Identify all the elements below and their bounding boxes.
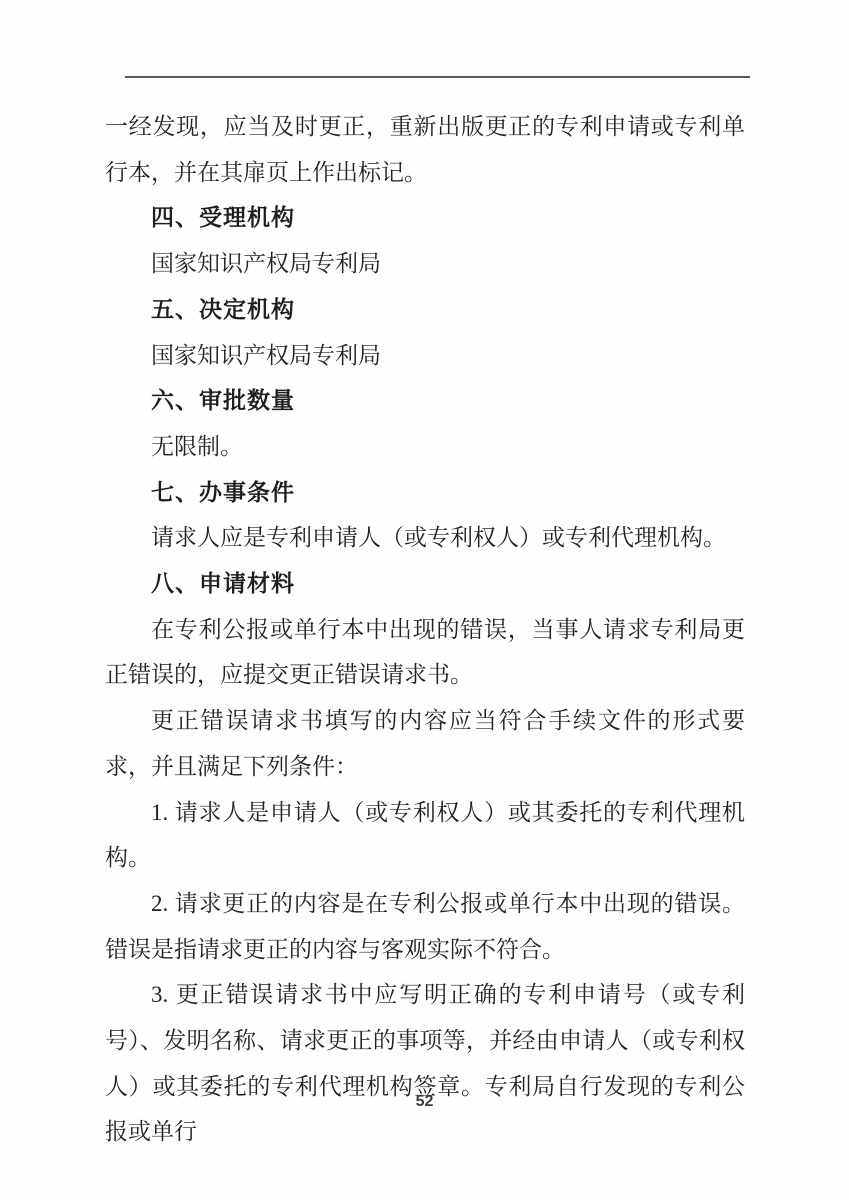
paragraph: 无限制。 [105,424,745,470]
section-heading: 四、受理机构 [105,195,745,241]
document-page: 一经发现，应当及时更正，重新出版更正的专利申请或专利单行本，并在其扉页上作出标记… [0,0,849,1200]
paragraph: 国家知识产权局专利局 [105,333,745,379]
document-body: 一经发现，应当及时更正，重新出版更正的专利申请或专利单行本，并在其扉页上作出标记… [105,104,745,1155]
section-heading: 七、办事条件 [105,470,745,516]
list-item: 1. 请求人是申请人（或专利权人）或其委托的专利代理机构。 [105,790,745,881]
paragraph: 请求人应是专利申请人（或专利权人）或专利代理机构。 [105,515,745,561]
section-heading: 六、审批数量 [105,378,745,424]
paragraph: 一经发现，应当及时更正，重新出版更正的专利申请或专利单行本，并在其扉页上作出标记… [105,104,745,195]
list-item: 3. 更正错误请求书中应写明正确的专利申请号（或专利号）、发明名称、请求更正的事… [105,972,745,1155]
section-heading: 八、申请材料 [105,561,745,607]
paragraph: 国家知识产权局专利局 [105,241,745,287]
page-number: 52 [0,1093,849,1111]
section-heading: 五、决定机构 [105,287,745,333]
header-divider-rule [125,76,750,78]
list-item: 2. 请求更正的内容是在专利公报或单行本中出现的错误。错误是指请求更正的内容与客… [105,881,745,972]
paragraph: 在专利公报或单行本中出现的错误，当事人请求专利局更正错误的，应提交更正错误请求书… [105,607,745,698]
paragraph: 更正错误请求书填写的内容应当符合手续文件的形式要求，并且满足下列条件： [105,698,745,789]
